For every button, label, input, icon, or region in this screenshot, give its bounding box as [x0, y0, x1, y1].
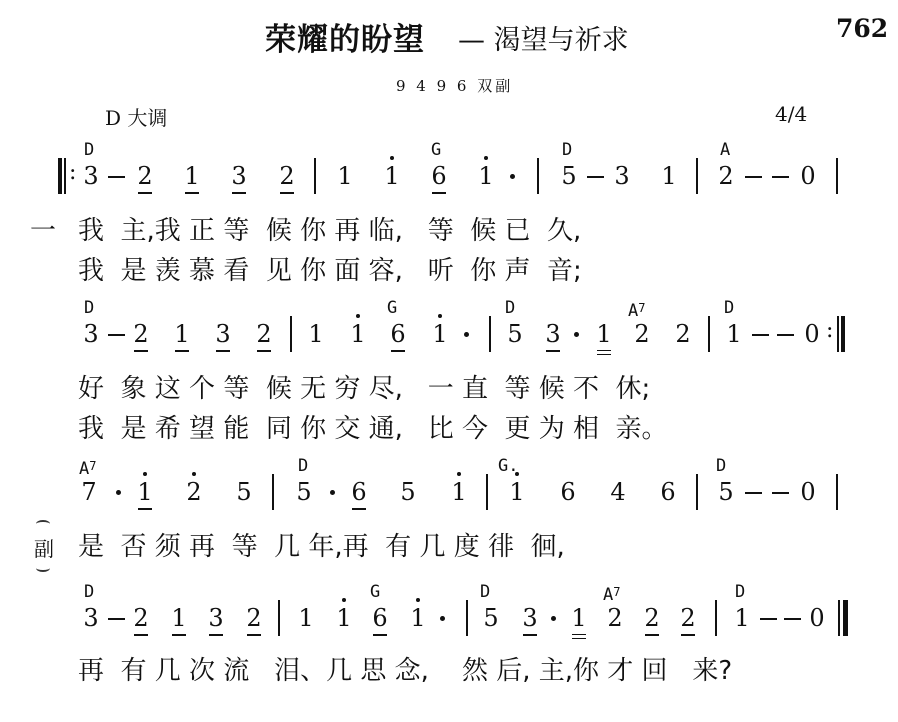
dot: [551, 616, 556, 621]
chord-symbol: D: [716, 458, 726, 475]
chord-symbol: A: [720, 142, 730, 159]
score-system-2: D G D A7 D 3 2 1 3 2 1 1 6 1 5 3 1 2 2 1…: [0, 300, 898, 360]
note: 6: [431, 164, 447, 188]
note: 0: [800, 164, 816, 188]
barline: [715, 600, 717, 636]
final-barline: [838, 600, 840, 636]
note: 6: [390, 322, 406, 346]
note: 3: [208, 606, 224, 630]
hymn-number: 762: [836, 14, 888, 43]
note: 3: [83, 164, 99, 188]
key-signature: D 大调: [105, 102, 167, 131]
barline: [708, 316, 710, 352]
barline: [836, 158, 838, 194]
note: 3: [545, 322, 561, 346]
lyric-line: 我 是 希 望 能 同 你 交 通, 比 今 更 为 相 亲。: [78, 414, 668, 444]
note: 0: [800, 480, 816, 504]
note: 5: [718, 480, 734, 504]
hymn-subtitle: — 渴望与祈求: [458, 18, 629, 57]
repeat-dots: :: [69, 162, 76, 184]
barline: [314, 158, 316, 194]
note: 2: [644, 606, 660, 630]
chord-symbol: D: [724, 300, 734, 317]
note: 5: [507, 322, 523, 346]
dot: [330, 490, 335, 495]
chord-symbol: D: [505, 300, 515, 317]
dash: [760, 618, 777, 620]
barline: [836, 474, 838, 510]
note: 1: [171, 606, 187, 630]
lyric-line: 我 是 羡 慕 看 见 你 面 容, 听 你 声 音;: [78, 256, 582, 286]
note: 2: [718, 164, 734, 188]
note: 2: [279, 164, 295, 188]
note: 6: [351, 480, 367, 504]
dash: [108, 618, 125, 620]
note: 2: [607, 606, 623, 630]
note: 3: [215, 322, 231, 346]
barline: [486, 474, 488, 510]
note: 5: [296, 480, 312, 504]
dot: [116, 490, 121, 495]
note: 5: [400, 480, 416, 504]
note: 2: [137, 164, 153, 188]
note: 1: [451, 480, 467, 504]
note: 5: [561, 164, 577, 188]
dash: [772, 176, 789, 178]
dash: [108, 334, 125, 336]
note: 1: [571, 606, 587, 630]
dash: [777, 334, 794, 336]
note: 6: [372, 606, 388, 630]
chord-symbol: G: [387, 300, 397, 317]
note: 3: [231, 164, 247, 188]
chord-symbol: D: [562, 142, 572, 159]
paren-bottom: [36, 564, 50, 572]
note: 2: [675, 322, 691, 346]
lyric-line: 我 主,我 正 等 候 你 再 临, 等 候 已 久,: [78, 216, 581, 246]
note: 1: [298, 606, 314, 630]
repeat-end-barline: [837, 316, 839, 352]
repeat-end-barline: [841, 316, 845, 352]
meter: 9 4 9 6 双副: [396, 75, 513, 96]
chord-symbol: D: [735, 584, 745, 601]
dot: [510, 174, 515, 179]
note: 1: [308, 322, 324, 346]
note: 1: [509, 480, 525, 504]
barline: [696, 158, 698, 194]
barline: [290, 316, 292, 352]
dot: [574, 332, 579, 337]
note: 2: [246, 606, 262, 630]
barline: [272, 474, 274, 510]
chord-symbol: D: [84, 142, 94, 159]
dash: [587, 176, 604, 178]
chord-symbol: G: [370, 584, 380, 601]
note: 3: [83, 606, 99, 630]
note: 2: [133, 606, 149, 630]
note: 5: [483, 606, 499, 630]
chord-symbol: A7: [79, 458, 96, 478]
note: 1: [726, 322, 742, 346]
note: 1: [596, 322, 612, 346]
note: 2: [256, 322, 272, 346]
repeat-start-barline: [58, 158, 62, 194]
paren-top: [36, 520, 50, 528]
barline: [466, 600, 468, 636]
dash: [745, 176, 762, 178]
chord-symbol: D: [480, 584, 490, 601]
note: 1: [410, 606, 426, 630]
chord-symbol: A7: [603, 584, 620, 604]
note: 2: [133, 322, 149, 346]
hymn-title: 荣耀的盼望: [265, 14, 425, 59]
note: 4: [610, 480, 626, 504]
barline: [489, 316, 491, 352]
final-barline: [843, 600, 848, 636]
chord-symbol: D: [84, 584, 94, 601]
note: 0: [804, 322, 820, 346]
chord-symbol: G: [431, 142, 441, 159]
note: 2: [680, 606, 696, 630]
barline: [537, 158, 539, 194]
dash: [752, 334, 769, 336]
dash: [108, 176, 125, 178]
lyric-line: 是 否 须 再 等 几 年,再 有 几 度 徘 徊,: [78, 532, 565, 562]
repeat-dots: :: [826, 320, 833, 342]
note: 1: [336, 606, 352, 630]
score-system-4: D G D A7 D 3 2 1 3 2 1 1 6 1 5 3 1 2 2 2…: [0, 584, 898, 644]
note: 7: [81, 480, 97, 504]
chord-symbol: D: [84, 300, 94, 317]
verse-number: 一: [30, 216, 56, 246]
note: 1: [661, 164, 677, 188]
chord-symbol: A7: [628, 300, 645, 320]
dash: [745, 492, 762, 494]
note: 3: [522, 606, 538, 630]
lyric-line: 好 象 这 个 等 候 无 穷 尽, 一 直 等 候 不 休;: [78, 374, 650, 404]
note: 1: [184, 164, 200, 188]
dash: [772, 492, 789, 494]
chord-symbol: D: [298, 458, 308, 475]
lyric-line: 再 有 几 次 流 泪、几 思 念, 然 后, 主,你 才 回 来?: [78, 656, 732, 686]
refrain-label-text: 副: [34, 533, 54, 562]
note: 6: [560, 480, 576, 504]
note: 3: [614, 164, 630, 188]
dot: [464, 332, 469, 337]
note: 1: [384, 164, 400, 188]
note: 1: [174, 322, 190, 346]
note: 5: [236, 480, 252, 504]
note: 1: [432, 322, 448, 346]
note: 0: [809, 606, 825, 630]
score-system-1: D G D A : 3 2 1 3 2 1 1 6 1 5 3 1 2 0: [0, 140, 898, 200]
dash: [784, 618, 801, 620]
note: 6: [660, 480, 676, 504]
note: 1: [734, 606, 750, 630]
note: 1: [350, 322, 366, 346]
repeat-start-barline: [64, 158, 66, 194]
note: 1: [337, 164, 353, 188]
note: 1: [478, 164, 494, 188]
dot: [440, 616, 445, 621]
note: 2: [186, 480, 202, 504]
barline: [278, 600, 280, 636]
note: 1: [137, 480, 153, 504]
note: 2: [634, 322, 650, 346]
time-signature: 4/4: [775, 102, 807, 126]
refrain-label: 副: [33, 520, 55, 572]
note: 3: [83, 322, 99, 346]
barline: [696, 474, 698, 510]
score-system-3: A7 D G. D 7 1 2 5 5 6 5 1 1 6 4 6 5 0: [0, 458, 898, 518]
